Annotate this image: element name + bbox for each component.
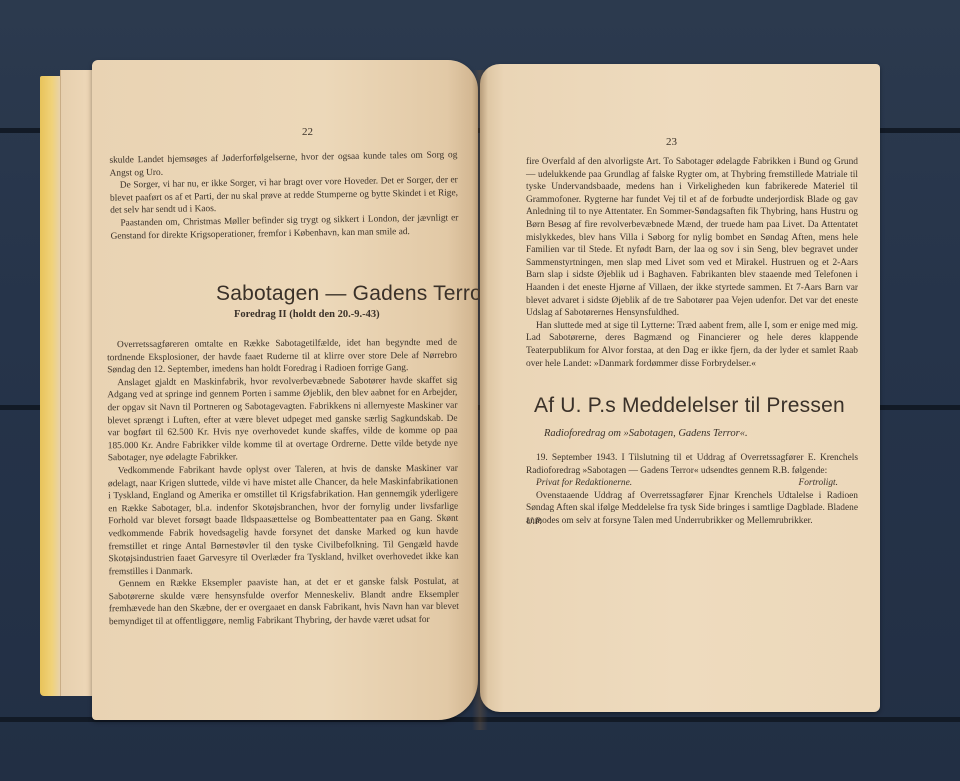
intro-text: skulde Landet hjemsøges af Jøderforfølge… <box>109 149 458 243</box>
body-text: fire Overfald af den alvorligste Art. To… <box>526 156 858 370</box>
paragraph: Paastanden om, Christmas Møller befinder… <box>110 212 458 243</box>
notice-text: Ovenstaaende Uddrag af Overretssagfører … <box>526 490 858 528</box>
paragraph: Overretssagføreren omtalte en Række Sabo… <box>107 337 457 377</box>
section-subheading: Radioforedrag om »Sabotagen, Gadens Terr… <box>544 428 748 439</box>
body-text: Overretssagføreren omtalte en Række Sabo… <box>107 337 459 629</box>
paragraph: Anslaget gjaldt en Maskinfabrik, hvor re… <box>107 375 458 466</box>
left-page: 22 skulde Landet hjemsøges af Jøderforfø… <box>92 60 478 720</box>
signature: U.P. <box>526 517 542 527</box>
paragraph: Han sluttede med at sige til Lytterne: T… <box>526 320 858 370</box>
paragraph: fire Overfald af den alvorligste Art. To… <box>526 156 858 320</box>
section-heading: Sabotagen — Gadens Terror <box>216 282 489 306</box>
paragraph: De Sorger, vi har nu, er ikke Sorger, vi… <box>110 174 459 217</box>
book-gutter <box>472 70 488 730</box>
right-page: 23 fire Overfald af den alvorligste Art.… <box>480 64 880 712</box>
paragraph: Vedkommende Fabrikant havde oplyst over … <box>108 463 459 579</box>
paragraph: Gennem en Række Eksempler paaviste han, … <box>109 576 459 629</box>
private-label: Privat for Redaktionerne. <box>536 477 632 490</box>
press-notice: 19. September 1943. I Tilslutning til et… <box>526 452 858 528</box>
open-book: 22 skulde Landet hjemsøges af Jøderforfø… <box>0 0 960 781</box>
page-number: 23 <box>666 136 677 148</box>
page-number: 22 <box>302 126 313 138</box>
confidential-label: Fortroligt. <box>799 477 859 490</box>
section-subheading: Foredrag II (holdt den 20.-9.-43) <box>234 309 380 320</box>
section-heading: Af U. P.s Meddelelser til Pressen <box>534 394 845 418</box>
dispatch-text: 19. September 1943. I Tilslutning til et… <box>526 452 858 477</box>
label-row: Privat for Redaktionerne. Fortroligt. <box>526 477 858 490</box>
